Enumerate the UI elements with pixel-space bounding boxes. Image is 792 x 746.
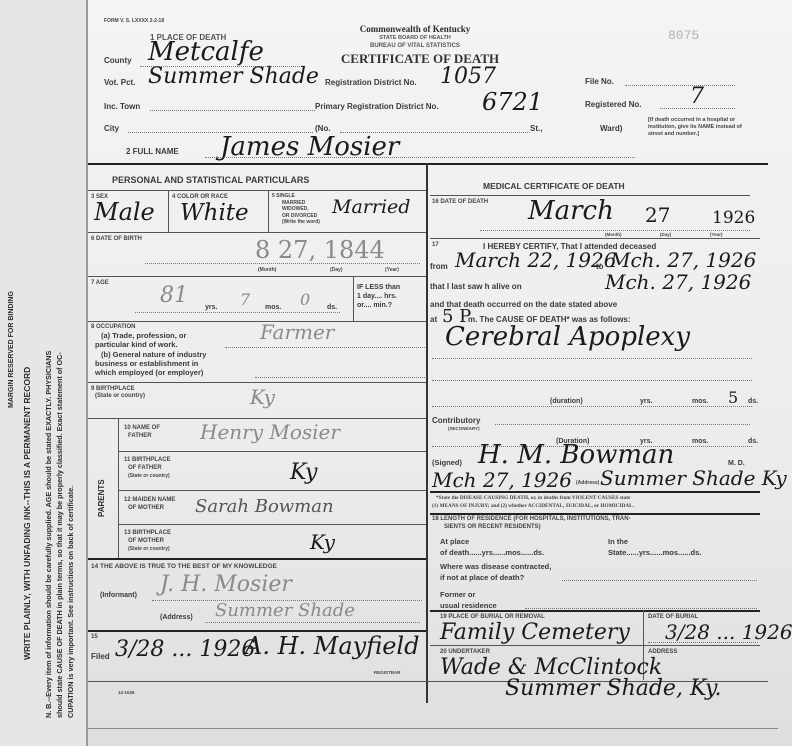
mother-name-label: 12 MAIDEN NAME OF MOTHER [124, 496, 175, 512]
filing-number: 15 [91, 634, 98, 640]
attended-to-value: Mch. 27, 1926 [610, 248, 756, 272]
in-the-label: In the [608, 537, 628, 546]
county-value: Metcalfe [148, 37, 264, 67]
primary-registration-value: 6721 [482, 88, 543, 116]
column-divider [426, 163, 428, 703]
contracted-label-line1: Where was disease contracted, [440, 562, 551, 571]
nb-instruction-line3: CUPATION is very important. See instruct… [66, 486, 75, 718]
former-residence-line1: Former or [440, 590, 475, 599]
duration-label: (duration) [550, 398, 583, 405]
cause-footnote-line2: (1) MEANS OF INJURY; and (2) whether ACC… [432, 503, 634, 509]
age-days-label: ds. [327, 304, 337, 311]
nb-instruction-line1: N. B.--Every item of information should … [44, 351, 53, 718]
cause-footnote-line1: *State the DISEASE CAUSING DEATH, or, in… [436, 495, 630, 501]
informant-address-value: Summer Shade [215, 600, 355, 621]
dob-month-label: (Month) [258, 267, 276, 273]
physician-address-value: Summer Shade Ky [600, 466, 787, 490]
death-certificate: MARGIN RESERVED FOR BINDING WRITE PLAINL… [0, 0, 792, 746]
marital-status-label: 5 SINGLE MARRIED WIDOWED, OR DIVORCED (W… [272, 193, 320, 226]
issuer-bureau: BUREAU OF VITAL STATISTICS [330, 43, 500, 49]
occupation-b-label: (b) General nature of industry business … [95, 350, 206, 377]
birthplace-sublabel: (State or country) [95, 393, 145, 399]
former-residence-line2: usual residence [440, 601, 497, 610]
death-day-label: (Day) [660, 232, 671, 237]
hospital-note: [If death occurred in a hospital or inst… [648, 117, 743, 138]
duration-mos-label: mos. [692, 398, 708, 405]
date-of-death-year: 1926 [712, 208, 755, 228]
informant-statement: 14 THE ABOVE IS TRUE TO THE BEST OF MY K… [91, 563, 277, 570]
age-months-label: mos. [265, 304, 281, 311]
residence-label-line1: 18 LENGTH OF RESIDENCE (FOR HOSPITALS, I… [432, 516, 631, 522]
mother-birthplace-value: Ky [310, 530, 335, 554]
full-name-label: 2 FULL NAME [126, 147, 179, 156]
issuer-commonwealth: Commonwealth of Kentucky [340, 24, 490, 34]
occupation-value: Farmer [260, 320, 334, 344]
father-birthplace-label: 11 BIRTHPLACE OF FATHER (State or countr… [124, 456, 171, 480]
vot-pct-value: Summer Shade [148, 64, 319, 89]
date-of-death-day: 27 [645, 203, 670, 227]
nb-instruction-line2: should state CAUSE OF DEATH in plain ter… [55, 352, 64, 718]
informant-address-label: (Address) [160, 614, 193, 621]
inc-town-label: Inc. Town [104, 102, 140, 111]
registered-no-label: Registered No. [585, 100, 641, 109]
attended-from-label: from [430, 262, 448, 271]
date-of-birth-label: 6 DATE OF BIRTH [91, 236, 142, 242]
secondary-label: (SECONDARY) [448, 426, 480, 431]
personal-section-title: PERSONAL AND STATISTICAL PARTICULARS [112, 175, 309, 185]
county-label: County [104, 56, 132, 65]
last-saw-label: that I last saw h alive on [430, 282, 522, 291]
of-death-duration: of death......yrs......mos......ds. [440, 548, 544, 557]
mother-birthplace-label: 13 BIRTHPLACE OF MOTHER (State or countr… [124, 529, 171, 553]
form-bottom-code: 12-1026 [118, 690, 135, 695]
signed-label: (Signed) [432, 458, 462, 467]
dob-day-label: (Day) [330, 267, 343, 273]
registration-district-label: Registration District No. [325, 78, 417, 87]
duration-yrs-label: yrs. [640, 398, 652, 405]
file-no-label: File No. [585, 77, 614, 86]
registration-district-value: 1057 [440, 64, 496, 89]
age-years-label: yrs. [205, 304, 217, 311]
medical-section-title: MEDICAL CERTIFICATE OF DEATH [483, 181, 625, 191]
certify-number: 17 [432, 242, 439, 248]
physician-address-label: (Address) [576, 480, 599, 486]
cause-of-death-value: Cerebral Apoplexy [445, 322, 690, 352]
write-plainly-text: WRITE PLAINLY, WITH UNFADING INK--THIS I… [22, 367, 32, 660]
duration-days-label: ds. [748, 398, 758, 405]
age-years-value: 81 [160, 283, 188, 308]
contributory-label: Contributory [432, 416, 480, 425]
age-months-value: 7 [240, 290, 250, 309]
date-of-death-month: March [528, 196, 614, 226]
burial-place-value: Family Cemetery [440, 620, 630, 645]
father-name-label: 10 NAME OF FATHER [124, 424, 160, 440]
residence-label-line2: SIENTS OR RECENT RESIDENTS) [444, 524, 541, 530]
informant-value: J. H. Mosier [160, 572, 292, 597]
duration-days-value: 5 [728, 388, 738, 407]
if-less-than-day: IF LESS than 1 day.... hrs. or.... min.? [357, 283, 400, 310]
race-value: White [180, 200, 249, 226]
signed-date-value: Mch 27, 1926 [432, 468, 572, 492]
undertaker-address-label: ADDRESS [648, 649, 677, 655]
attended-from-value: March 22, 1926 [455, 248, 616, 272]
form-code: FORM V. S. LXXXX 2-2-18 [104, 18, 164, 24]
street-label: St., [530, 124, 542, 133]
stamp-number: 8075 [668, 28, 699, 43]
occupation-label: 8 OCCUPATION [91, 324, 135, 330]
time-at-label: at [430, 315, 437, 324]
registrar-label: REGISTRAR [374, 670, 401, 675]
marital-status-value: Married [332, 196, 410, 218]
date-of-death-label: 16 DATE OF DEATH [432, 199, 488, 205]
filed-date-value: 3/28 ... 1926 [115, 637, 255, 662]
margin-reserved-text: MARGIN RESERVED FOR BINDING [8, 291, 15, 408]
binding-margin: MARGIN RESERVED FOR BINDING WRITE PLAINL… [0, 0, 88, 746]
date-of-birth-value: 8 27, 1844 [255, 236, 385, 264]
sex-value: Male [94, 198, 155, 226]
contracted-label-line2: if not at place of death? [440, 573, 524, 582]
birthplace-label: 9 BIRTHPLACE [91, 386, 135, 392]
mother-name-value: Sarah Bowman [195, 496, 334, 517]
age-label: 7 AGE [91, 280, 109, 286]
parents-side-label: PARENTS [97, 479, 106, 517]
filed-label: Filed [91, 652, 110, 661]
city-label: City [104, 124, 119, 133]
vot-pct-label: Vot. Pct. [104, 78, 135, 87]
duration2-mos-label: mos. [692, 438, 708, 445]
last-saw-value: Mch. 27, 1926 [605, 270, 751, 294]
father-name-value: Henry Mosier [200, 420, 340, 444]
undertaker-address-value: Summer Shade, Ky. [505, 676, 721, 701]
informant-label: (Informant) [100, 592, 137, 599]
issuer-board: STATE BOARD OF HEALTH [340, 35, 490, 41]
age-days-value: 0 [300, 290, 310, 309]
duration2-days-label: ds. [748, 438, 758, 445]
father-birthplace-value: Ky [290, 460, 317, 485]
attended-to-label: to [596, 262, 604, 271]
ward-label: Ward) [600, 124, 622, 133]
at-place-label: At place [440, 537, 469, 546]
occupation-a-label: (a) Trade, profession, or particular kin… [95, 331, 186, 349]
death-year-label: (Year) [710, 232, 723, 237]
registrar-signature: A. H. Mayfield [245, 632, 419, 660]
in-state-duration: State......yrs......mos......ds. [608, 548, 701, 557]
burial-date-value: 3/28 ... 1926 [665, 620, 792, 644]
registered-no-value: 7 [690, 84, 704, 109]
birthplace-value: Ky [250, 385, 275, 409]
primary-registration-label: Primary Registration District No. [315, 102, 439, 111]
dob-year-label: (Year) [385, 267, 399, 273]
death-month-label: (Month) [605, 232, 622, 237]
